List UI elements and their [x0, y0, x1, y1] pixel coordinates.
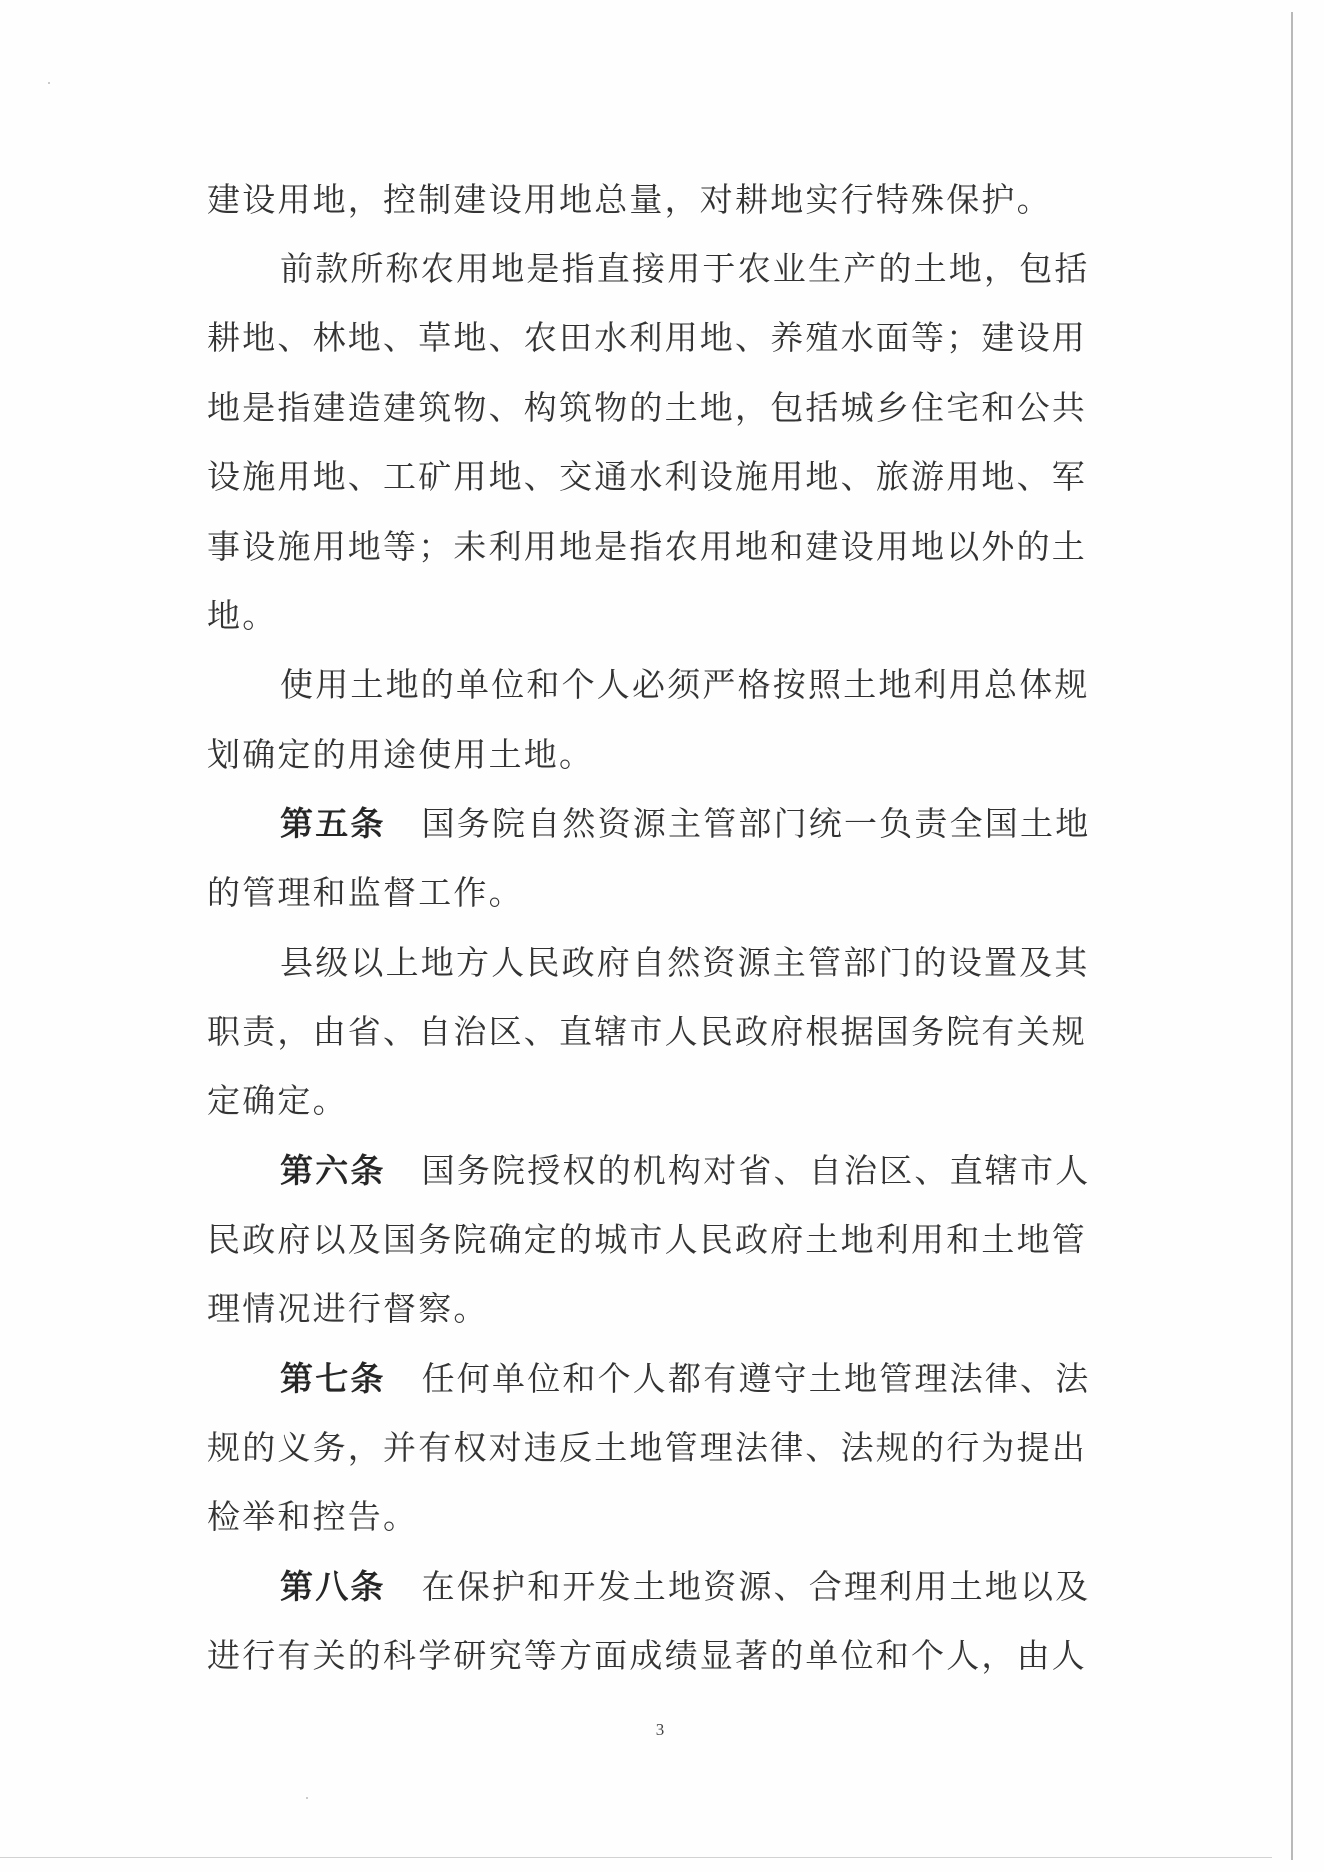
- article-number: 第六条: [280, 1151, 386, 1190]
- article-heading-line: 第五条国务院自然资源主管部门统一负责全国土地: [280, 804, 1090, 844]
- article-heading-line: 第六条国务院授权的机构对省、自治区、直辖市人: [280, 1151, 1090, 1191]
- scan-speck: [306, 1797, 308, 1799]
- text-line: 县级以上地方人民政府自然资源主管部门的设置及其: [280, 943, 1090, 983]
- text-line: 耕地、林地、草地、农田水利用地、养殖水面等；建设用: [207, 318, 1087, 358]
- text-line: 划确定的用途使用土地。: [207, 735, 594, 775]
- text-line: 地。: [207, 596, 277, 636]
- text-line: 进行有关的科学研究等方面成绩显著的单位和个人，由人: [207, 1636, 1087, 1676]
- text-line: 设施用地、工矿用地、交通水利设施用地、旅游用地、军: [207, 457, 1087, 497]
- text-line: 的管理和监督工作。: [207, 873, 524, 913]
- article-heading-line: 第七条任何单位和个人都有遵守土地管理法律、法: [280, 1359, 1090, 1399]
- document-page: 建设用地，控制建设用地总量，对耕地实行特殊保护。 前款所称农用地是指直接用于农业…: [0, 0, 1324, 1872]
- article-heading-line: 第八条在保护和开发土地资源、合理利用土地以及: [280, 1567, 1090, 1607]
- text-line: 检举和控告。: [207, 1497, 418, 1537]
- article-number: 第七条: [280, 1359, 386, 1398]
- text-line: 使用土地的单位和个人必须严格按照土地利用总体规: [280, 665, 1090, 705]
- page-edge-bottom: [0, 1857, 1272, 1858]
- text-line: 前款所称农用地是指直接用于农业生产的土地，包括: [280, 249, 1090, 289]
- text-line: 理情况进行督察。: [207, 1289, 489, 1329]
- page-number: 3: [652, 1720, 668, 1740]
- text-line: 地是指建造建筑物、构筑物的土地，包括城乡住宅和公共: [207, 388, 1087, 428]
- scan-speck: [48, 82, 50, 84]
- page-edge-right: [1291, 12, 1293, 1860]
- text-line: 职责，由省、自治区、直辖市人民政府根据国务院有关规: [207, 1012, 1087, 1052]
- text-line: 建设用地，控制建设用地总量，对耕地实行特殊保护。: [207, 180, 1052, 220]
- text-line: 定确定。: [207, 1081, 348, 1121]
- article-number: 第八条: [280, 1567, 386, 1606]
- text-line: 民政府以及国务院确定的城市人民政府土地利用和土地管: [207, 1220, 1087, 1260]
- article-number: 第五条: [280, 804, 386, 843]
- text-line: 事设施用地等；未利用地是指农用地和建设用地以外的土: [207, 527, 1087, 567]
- text-line: 规的义务，并有权对违反土地管理法律、法规的行为提出: [207, 1428, 1087, 1468]
